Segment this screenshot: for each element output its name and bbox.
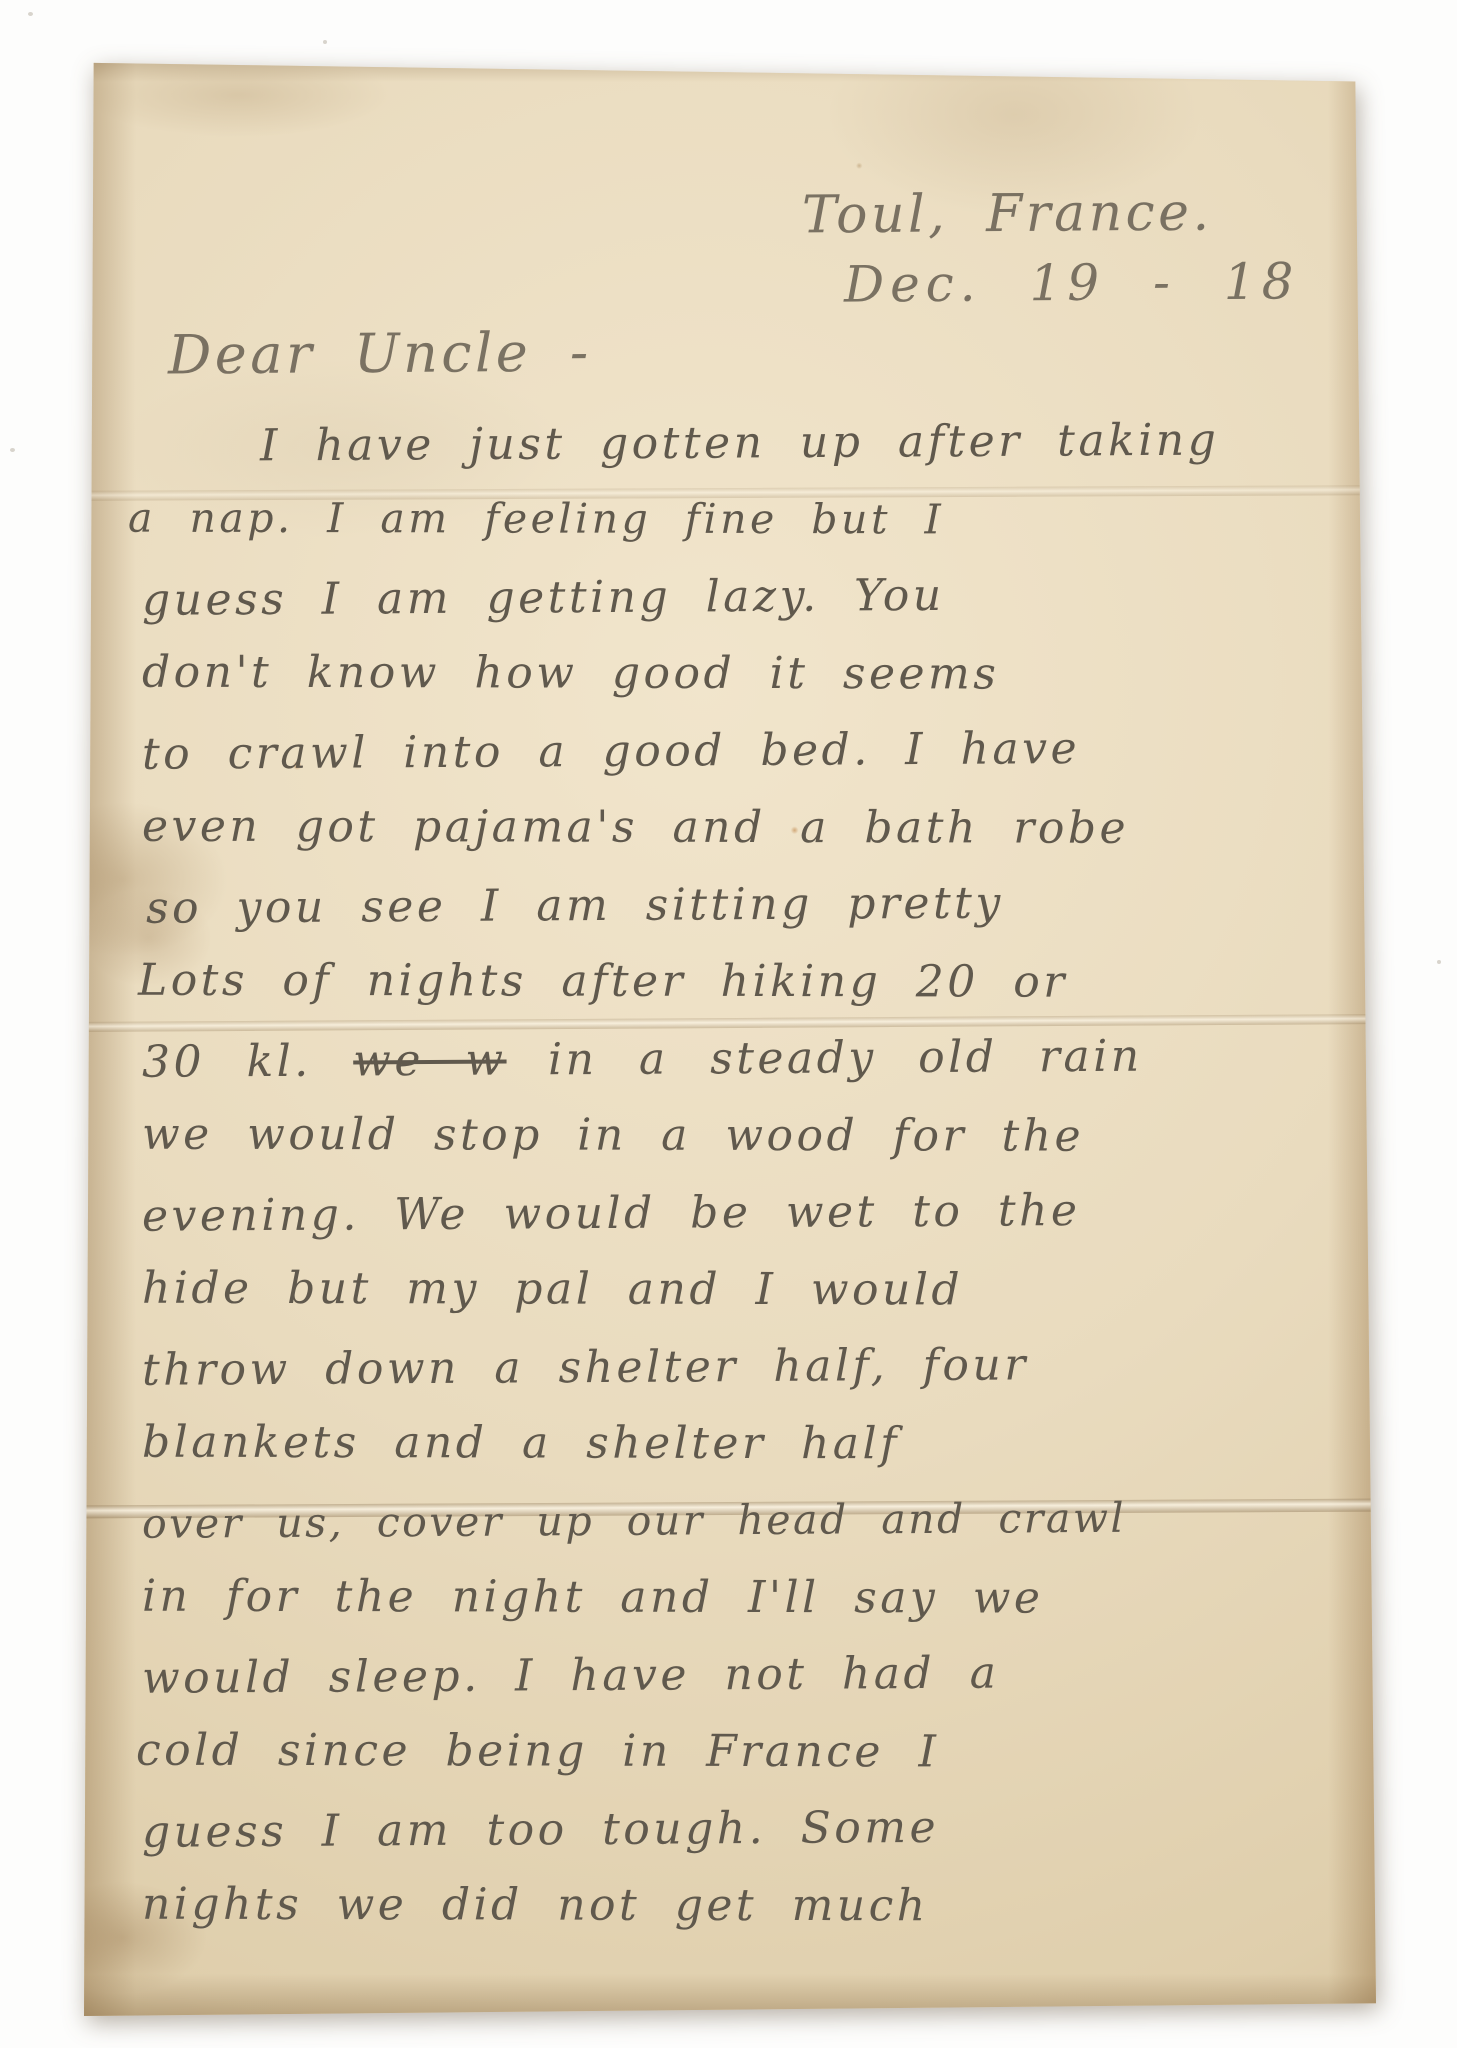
letter-line: in for the night and I'll say we [142,1558,1382,1638]
letter-line: we would stop in a wood for the [142,1096,1382,1176]
letter-date: Dec. 19 - 18 [844,252,1300,313]
letter-line: evening. We would be wet to the [142,1170,1382,1255]
letter-line: a nap. I am feeling fine but I [128,480,1382,560]
letter-line: throw down a shelter half, four [142,1324,1382,1409]
letter-line: over us, cover up our head and crawl [142,1478,1382,1563]
letter-line: blankets and a shelter half [142,1404,1382,1484]
letter-salutation: Dear Uncle - [168,321,592,387]
letter-paper: Toul, France. Dec. 19 - 18 Dear Uncle - … [84,56,1376,2016]
letter-line: hide but my pal and I would [142,1250,1382,1330]
letter-line: Lots of nights after hiking 20 or [138,942,1382,1022]
letter-line: guess I am too tough. Some [142,1786,1382,1871]
letter-line: I have just gotten up after taking [260,401,1382,485]
letter-line: to crawl into a good bed. I have [142,708,1382,793]
letter-paper-wrap: Toul, France. Dec. 19 - 18 Dear Uncle - … [84,56,1376,2016]
letter-location: Toul, France. [802,183,1213,246]
dust-speck [10,448,15,452]
letter-line: don't know how good it seems [142,634,1382,714]
scanned-letter-page: Toul, France. Dec. 19 - 18 Dear Uncle - … [0,0,1457,2048]
letter-line: cold since being in France I [136,1712,1382,1792]
dust-speck [1437,960,1441,964]
dust-speck [28,12,33,16]
letter-line: would sleep. I have not had a [142,1632,1382,1717]
letter-line: even got pajama's and a bath robe [142,788,1382,868]
letter-line: so you see I am sitting pretty [146,862,1382,947]
letter-line: 30 kl. we w in a steady old rain [142,1016,1382,1101]
letter-body: I have just gotten up after takinga nap.… [142,404,1382,1944]
letter-line: guess I am getting lazy. You [142,554,1382,639]
dust-speck [323,40,327,44]
letter-line: nights we did not get much [142,1866,1382,1946]
